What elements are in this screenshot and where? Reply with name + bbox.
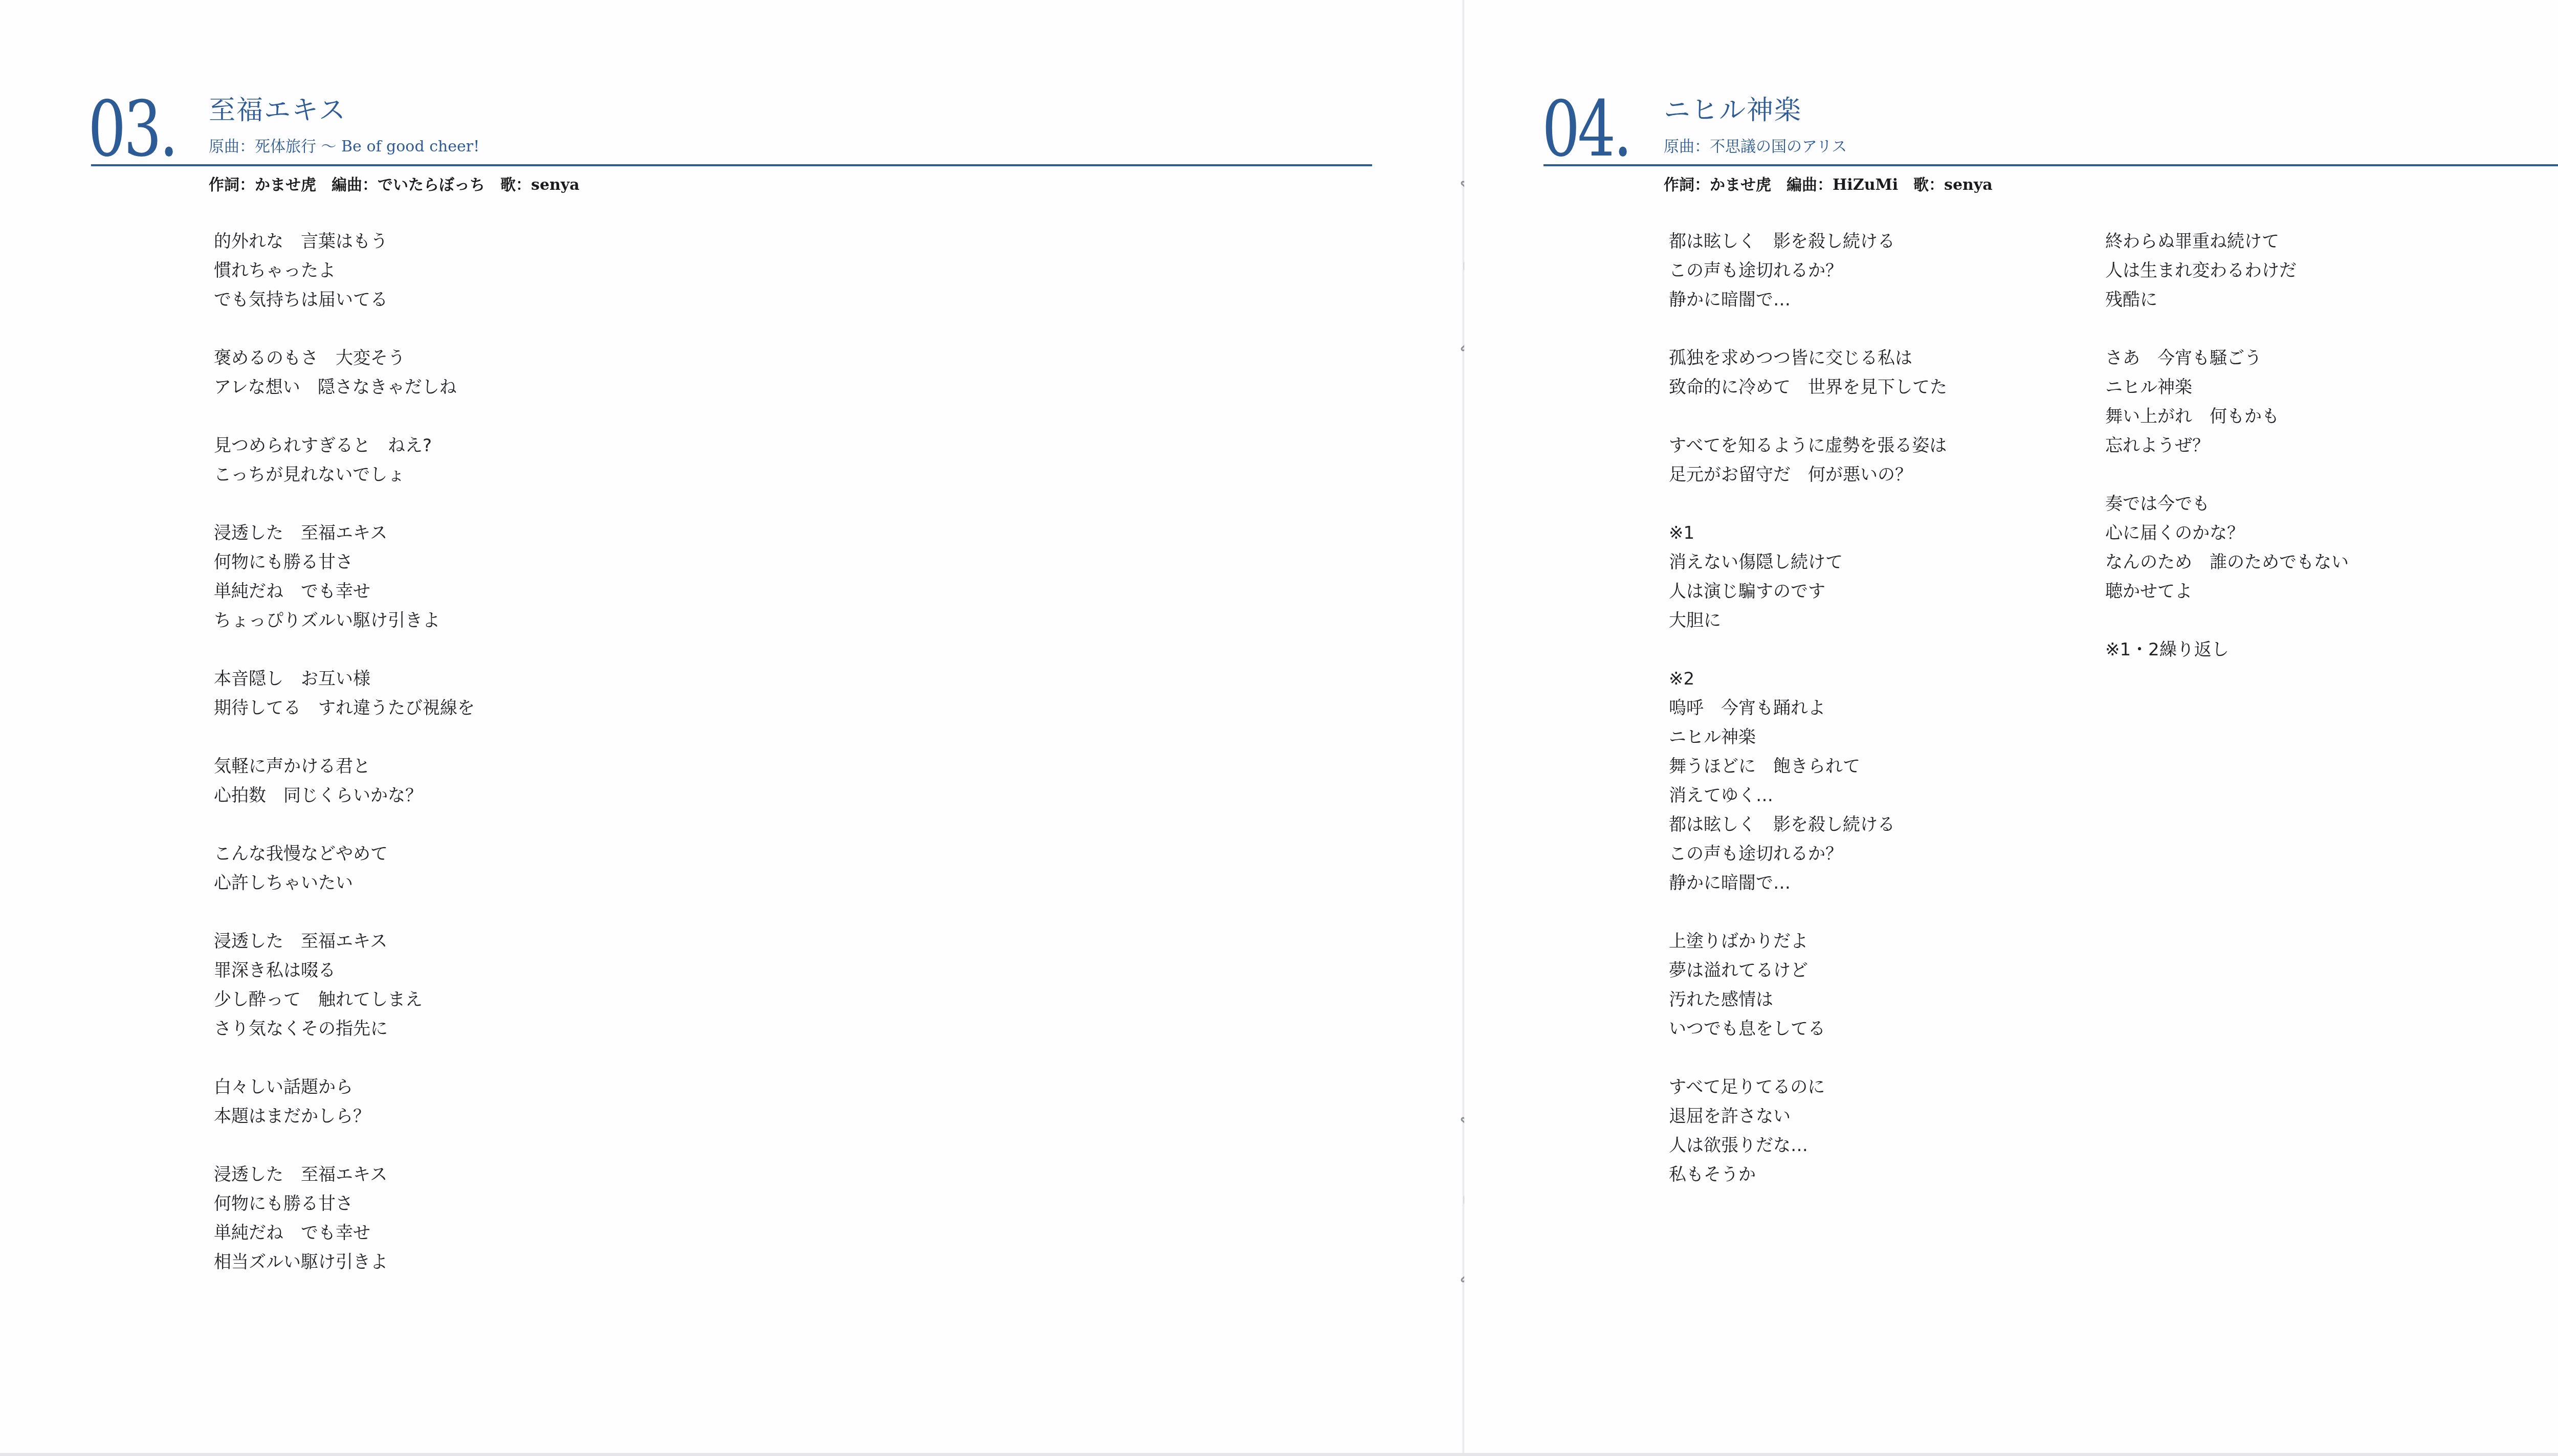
- lyric-line: 致命的に冷めて 世界を見下してた: [1669, 373, 1947, 402]
- lyric-line: 残酷に: [2105, 285, 2349, 315]
- lyric-line: [2105, 315, 2349, 344]
- lyric-line: ※2: [1669, 665, 1947, 694]
- lyric-line: なんのため 誰のためでもない: [2105, 548, 2349, 577]
- lyric-line: 心許しちゃいたい: [214, 869, 475, 898]
- lyric-line: 舞い上がれ 何もかも: [2105, 402, 2349, 431]
- lyric-line: [1669, 1044, 1947, 1073]
- lyric-line: この声も途切れるか？: [1669, 256, 1947, 285]
- lyric-line: [2105, 606, 2349, 635]
- lyric-line: 退屈を許さない: [1669, 1102, 1947, 1131]
- lyric-line: 的外れな 言葉はもう: [214, 227, 475, 256]
- lyric-line: 舞うほどに 飽きられて: [1669, 752, 1947, 781]
- lyric-line: さり気なくその指先に: [214, 1014, 475, 1044]
- lyric-line: 気軽に声かける君と: [214, 752, 475, 781]
- lyric-line: 消えない傷隠し続けて: [1669, 548, 1947, 577]
- lyric-line: 終わらぬ罪重ね続けて: [2105, 227, 2349, 256]
- lyric-line: [214, 635, 475, 665]
- lyric-line: 上塗りばかりだよ: [1669, 927, 1947, 956]
- lyric-line: さあ 今宵も騒ごう: [2105, 344, 2349, 373]
- original-song-label: 原曲：不思議の国のアリス: [1664, 139, 1847, 155]
- lyric-line: 大胆に: [1669, 606, 1947, 635]
- original-song-label: 原曲：死体旅行 ～ Be of good cheer!: [209, 139, 479, 155]
- lyric-line: 嗚呼 今宵も踊れよ: [1669, 694, 1947, 723]
- lyric-line: でも気持ちは届いてる: [214, 285, 475, 315]
- lyric-line: [1669, 315, 1947, 344]
- track-title: 至福エキス: [209, 97, 346, 124]
- track-title: ニヒル神楽: [1664, 97, 1802, 124]
- page-right: 04. ニヒル神楽 原曲：不思議の国のアリス 作詞：かませ虎 編曲：HiZuMi…: [1464, 0, 2558, 1456]
- lyric-line: 心拍数 同じくらいかな？: [214, 781, 475, 810]
- track-number: 04.: [1542, 91, 1630, 168]
- lyric-line: すべてを知るように虚勢を張る姿は: [1669, 431, 1947, 460]
- lyric-line: こんな我慢などやめて: [214, 840, 475, 869]
- header-rule: [91, 164, 1372, 166]
- lyric-line: [214, 1131, 475, 1160]
- lyric-line: [214, 490, 475, 519]
- lyric-line: 単純だね でも幸せ: [214, 577, 475, 606]
- lyric-line: 人は演じ騙すのです: [1669, 577, 1947, 606]
- lyric-line: 心に届くのかな？: [2105, 519, 2349, 548]
- lyric-line: 慣れちゃったよ: [214, 256, 475, 285]
- lyric-line: 私もそうか: [1669, 1160, 1947, 1189]
- lyric-line: [1669, 635, 1947, 665]
- lyric-line: ※1: [1669, 519, 1947, 548]
- lyric-line: アレな想い 隠さなきゃだしね: [214, 373, 475, 402]
- lyric-line: [2105, 460, 2349, 490]
- lyric-line: 少し酔って 触れてしまえ: [214, 985, 475, 1014]
- page-bottom-edge: [0, 1453, 2558, 1456]
- lyric-line: 本音隠し お互い様: [214, 665, 475, 694]
- lyrics-column: 終わらぬ罪重ね続けて人は生まれ変わるわけだ残酷にさあ 今宵も騒ごうニヒル神楽舞い…: [2105, 227, 2349, 665]
- lyric-line: 本題はまだかしら？: [214, 1102, 475, 1131]
- lyric-line: すべて足りてるのに: [1669, 1073, 1947, 1102]
- lyric-line: 孤独を求めつつ皆に交じる私は: [1669, 344, 1947, 373]
- lyric-line: [214, 402, 475, 431]
- lyric-line: この声も途切れるか？: [1669, 840, 1947, 869]
- lyric-line: 汚れた感情は: [1669, 985, 1947, 1014]
- lyric-line: 都は眩しく 影を殺し続ける: [1669, 810, 1947, 840]
- lyric-line: 何物にも勝る甘さ: [214, 548, 475, 577]
- lyric-line: 静かに暗闇で…: [1669, 285, 1947, 315]
- lyric-line: 静かに暗闇で…: [1669, 869, 1947, 898]
- lyric-line: 罪深き私は啜る: [214, 956, 475, 985]
- lyric-line: ちょっぴりズルい駆け引きよ: [214, 606, 475, 635]
- lyric-line: [1669, 402, 1947, 431]
- lyric-line: いつでも息をしてる: [1669, 1014, 1947, 1044]
- lyric-line: ※1・2繰り返し: [2105, 635, 2349, 665]
- lyric-line: ニヒル神楽: [2105, 373, 2349, 402]
- lyric-line: 奏では今でも: [2105, 490, 2349, 519]
- lyric-line: 白々しい話題から: [214, 1073, 475, 1102]
- lyric-line: 足元がお留守だ 何が悪いの？: [1669, 460, 1947, 490]
- lyric-line: 見つめられすぎると ねえ?: [214, 431, 475, 460]
- lyrics-column: 的外れな 言葉はもう慣れちゃったよでも気持ちは届いてる褒めるのもさ 大変そうアレ…: [214, 227, 475, 1277]
- lyric-line: 都は眩しく 影を殺し続ける: [1669, 227, 1947, 256]
- lyric-line: 聴かせてよ: [2105, 577, 2349, 606]
- lyric-line: 浸透した 至福エキス: [214, 1160, 475, 1189]
- lyric-line: [214, 810, 475, 840]
- lyric-line: 忘れようぜ？: [2105, 431, 2349, 460]
- header-rule: [1543, 164, 2558, 166]
- track-number: 03.: [88, 91, 176, 168]
- lyric-line: 夢は溢れてるけど: [1669, 956, 1947, 985]
- lyric-line: [1669, 490, 1947, 519]
- lyric-line: 単純だね でも幸せ: [214, 1219, 475, 1248]
- lyric-line: こっちが見れないでしょ: [214, 460, 475, 490]
- lyric-line: [214, 315, 475, 344]
- song-credits: 作詞：かませ虎 編曲：HiZuMi 歌：senya: [1664, 178, 1993, 193]
- lyric-line: ニヒル神楽: [1669, 723, 1947, 752]
- page-left: 03. 至福エキス 原曲：死体旅行 ～ Be of good cheer! 作詞…: [0, 0, 1464, 1456]
- lyric-line: 浸透した 至福エキス: [214, 519, 475, 548]
- lyric-line: [214, 723, 475, 752]
- lyric-line: 浸透した 至福エキス: [214, 927, 475, 956]
- lyric-line: 人は生まれ変わるわけだ: [2105, 256, 2349, 285]
- lyric-line: 期待してる すれ違うたび視線を: [214, 694, 475, 723]
- lyric-line: 人は欲張りだな…: [1669, 1131, 1947, 1160]
- lyric-line: 消えてゆく…: [1669, 781, 1947, 810]
- song-credits: 作詞：かませ虎 編曲：でいたらぼっち 歌：senya: [209, 178, 580, 193]
- lyric-line: 相当ズルい駆け引きよ: [214, 1248, 475, 1277]
- lyric-line: [214, 1044, 475, 1073]
- lyric-line: [1669, 898, 1947, 927]
- lyric-line: 何物にも勝る甘さ: [214, 1189, 475, 1219]
- lyric-line: 褒めるのもさ 大変そう: [214, 344, 475, 373]
- lyric-line: [214, 898, 475, 927]
- lyrics-column: 都は眩しく 影を殺し続けるこの声も途切れるか？静かに暗闇で…孤独を求めつつ皆に交…: [1669, 227, 1947, 1189]
